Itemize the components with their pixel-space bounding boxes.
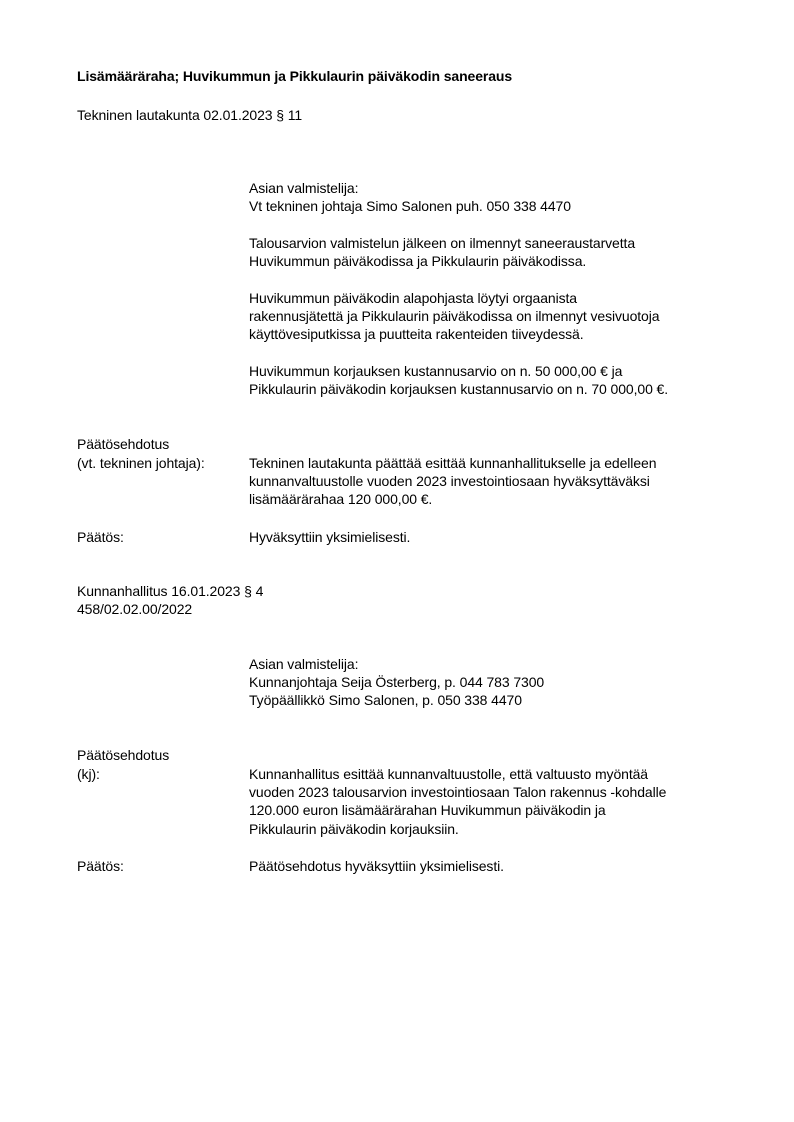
proposal-proposer-label: (vt. tekninen johtaja): xyxy=(77,454,205,472)
proposal-proposer-label: (kj): xyxy=(77,765,100,783)
paragraph-line: Huvikummun päiväkodin alapohjasta löytyi… xyxy=(249,289,577,307)
paragraph-line: Talousarvion valmistelun jälkeen on ilme… xyxy=(249,234,635,252)
preparer-name: Kunnanjohtaja Seija Österberg, p. 044 78… xyxy=(249,673,544,691)
preparer-name: Työpäällikkö Simo Salonen, p. 050 338 44… xyxy=(249,691,522,709)
proposal-line: lisämäärärahaa 120 000,00 €. xyxy=(249,490,432,508)
proposal-label: Päätösehdotus xyxy=(77,746,169,764)
proposal-line: Kunnanhallitus esittää kunnanvaltuustoll… xyxy=(249,765,648,783)
paragraph-line: käyttövesiputkissa ja puutteita rakentei… xyxy=(249,325,583,343)
paragraph-line: Pikkulaurin päiväkodin korjauksen kustan… xyxy=(249,380,668,398)
decision-label: Päätös: xyxy=(77,857,124,875)
preparer-name: Vt tekninen johtaja Simo Salonen puh. 05… xyxy=(249,197,571,215)
paragraph-line: Huvikummun korjauksen kustannusarvio on … xyxy=(249,362,622,380)
meeting-header-municipal-board: Kunnanhallitus 16.01.2023 § 4 xyxy=(77,582,263,600)
preparer-label: Asian valmistelija: xyxy=(249,179,358,197)
proposal-line: Pikkulaurin päiväkodin korjauksiin. xyxy=(249,820,459,838)
proposal-label: Päätösehdotus xyxy=(77,435,169,453)
decision-label: Päätös: xyxy=(77,528,124,546)
paragraph-line: rakennusjätettä ja Pikkulaurin päiväkodi… xyxy=(249,307,659,325)
paragraph-line: Huvikummun päiväkodissa ja Pikkulaurin p… xyxy=(249,252,586,270)
decision-text: Hyväksyttiin yksimielisesti. xyxy=(249,528,410,546)
meeting-header-technical-board: Tekninen lautakunta 02.01.2023 § 11 xyxy=(77,106,302,124)
document-title: Lisämääräraha; Huvikummun ja Pikkulaurin… xyxy=(77,67,512,85)
decision-text: Päätösehdotus hyväksyttiin yksimielisest… xyxy=(249,857,504,875)
proposal-line: 120.000 euron lisämäärärahan Huvikummun … xyxy=(249,801,606,819)
document-page: Lisämääräraha; Huvikummun ja Pikkulaurin… xyxy=(0,0,794,1122)
proposal-line: Tekninen lautakunta päättää esittää kunn… xyxy=(249,454,656,472)
proposal-line: vuoden 2023 talousarvion investointiosaa… xyxy=(249,783,666,801)
preparer-label: Asian valmistelija: xyxy=(249,655,358,673)
proposal-line: kunnanvaltuustolle vuoden 2023 investoin… xyxy=(249,472,650,490)
record-number: 458/02.02.00/2022 xyxy=(77,600,192,618)
